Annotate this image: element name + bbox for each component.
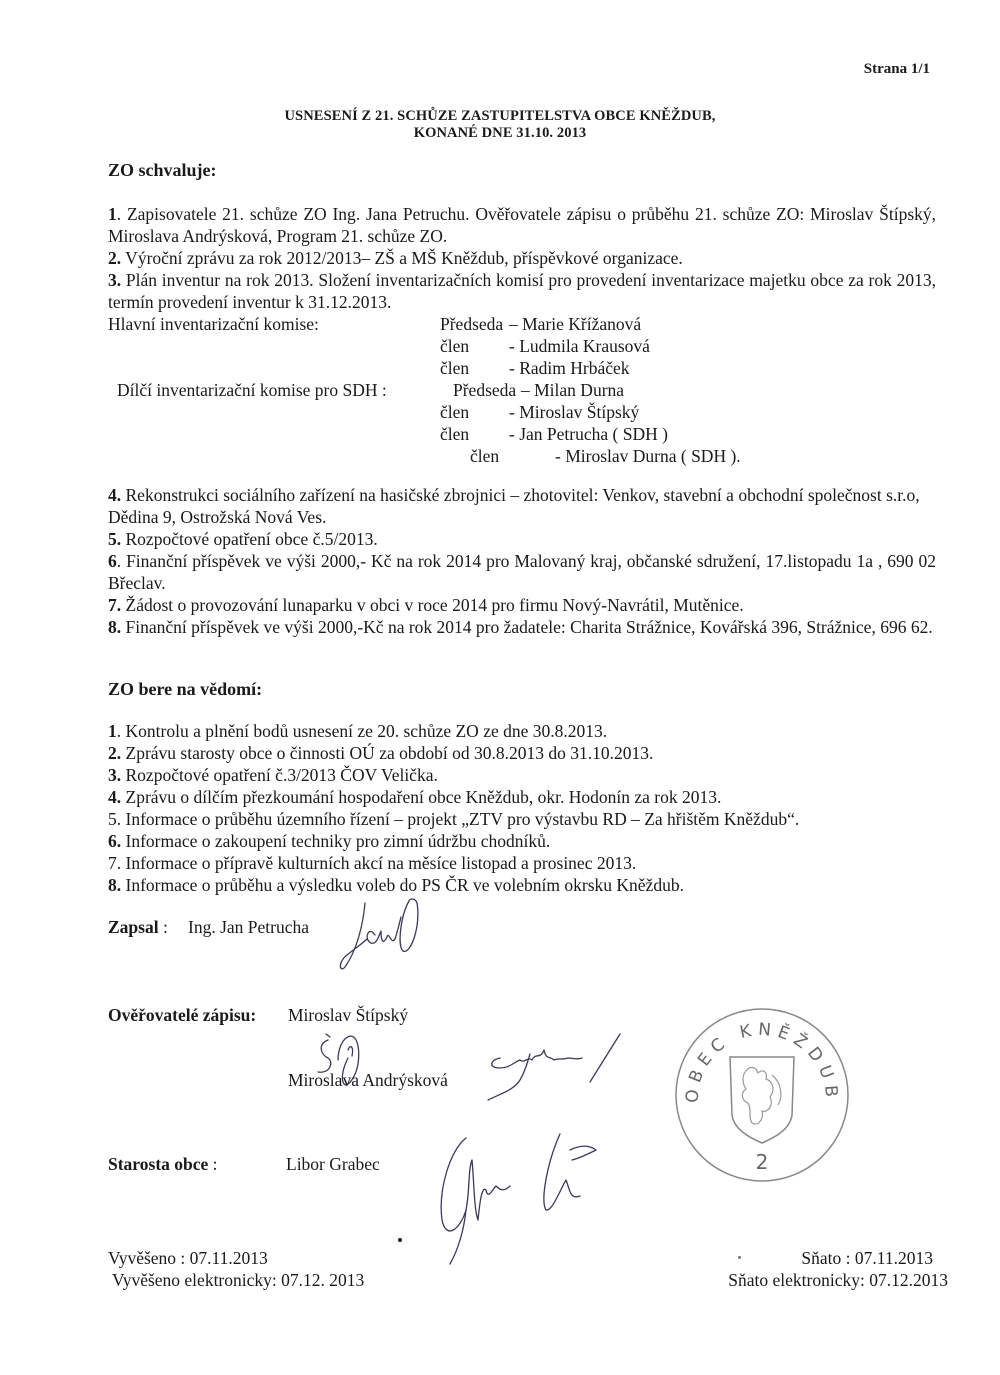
main-commission-label: Hlavní inventarizační komise: xyxy=(108,313,319,335)
commission-member: - Jan Petrucha ( SDH ) xyxy=(509,423,668,445)
notes-item-6: 6. Informace o zakoupení techniky pro zi… xyxy=(108,830,550,852)
commission-member: - Radim Hrbáček xyxy=(509,357,630,379)
mayor-name: Libor Grabec xyxy=(286,1154,380,1175)
item-number: 6. xyxy=(108,831,121,851)
item-text: Rekonstrukci sociálního zařízení na hasi… xyxy=(108,485,920,527)
item-number: 6 xyxy=(108,551,117,571)
item-number: 1 xyxy=(108,204,117,224)
document-title-line1: USNESENÍ Z 21. SCHŮZE ZASTUPITELSTVA OBC… xyxy=(0,108,1000,125)
page-number: Strana 1/1 xyxy=(864,61,930,78)
approves-item-5: 5. Rozpočtové opatření obce č.5/2013. xyxy=(108,528,936,550)
svg-text:OBEC KNĚŽDUB: OBEC KNĚŽDUB xyxy=(682,1020,841,1104)
item-number: 7. xyxy=(108,595,121,615)
approves-item-7: 7. Žádost o provozování lunaparku v obci… xyxy=(108,594,936,616)
removed-date: Sňato : 07.11.2013 xyxy=(801,1247,933,1269)
item-text: Finanční příspěvek ve výši 2000,-Kč na r… xyxy=(121,617,933,637)
item-text: Informace o přípravě kulturních akcí na … xyxy=(121,853,636,873)
item-number: 2. xyxy=(108,743,121,763)
notes-item-7: 7. Informace o přípravě kulturních akcí … xyxy=(108,852,636,874)
commission-role: Předseda xyxy=(453,379,516,401)
item-text: Výroční zprávu za rok 2012/2013– ZŠ a MŠ… xyxy=(121,248,683,268)
posted-date: Vyvěšeno : 07.11.2013 xyxy=(108,1247,268,1269)
item-text: Žádost o provozování lunaparku v obci v … xyxy=(121,595,744,615)
approves-item-8: 8. Finanční příspěvek ve výši 2000,-Kč n… xyxy=(108,616,936,638)
item-number: 2. xyxy=(108,248,121,268)
commission-member: - Miroslav Durna ( SDH ). xyxy=(555,445,741,467)
section-heading-approves: ZO schvaluje: xyxy=(108,160,217,181)
item-number: 3. xyxy=(108,270,121,290)
notes-item-1: 1. Kontrolu a plnění bodů usnesení ze 20… xyxy=(108,720,607,742)
section-heading-notes: ZO bere na vědomí: xyxy=(108,679,262,700)
notes-item-4: 4. Zprávu o dílčím přezkoumání hospodaře… xyxy=(108,786,721,808)
commission-member: – Marie Křížanová xyxy=(509,313,641,335)
mayor-signature-icon xyxy=(420,1130,610,1270)
document-title-line2: KONANÉ DNE 31.10. 2013 xyxy=(0,125,1000,142)
approves-item-3: 3. Plán inventur na rok 2013. Složení in… xyxy=(108,269,936,313)
notes-item-3: 3. Rozpočtové opatření č.3/2013 ČOV Veli… xyxy=(108,764,438,786)
item-text: . Finanční příspěvek ve výši 2000,- Kč n… xyxy=(108,551,936,593)
verifiers-label: Ověřovatelé zápisu: xyxy=(108,1005,256,1026)
commission-member: – Milan Durna xyxy=(521,379,624,401)
posted-electronic-date: Vyvěšeno elektronicky: 07.12. 2013 xyxy=(112,1269,364,1291)
commission-role: člen xyxy=(440,357,469,379)
approves-item-6: 6. Finanční příspěvek ve výši 2000,- Kč … xyxy=(108,550,936,594)
commission-role: Předseda xyxy=(440,313,503,335)
partial-commission-label: Dílčí inventarizační komise pro SDH : xyxy=(117,379,387,401)
item-text: Informace o průběhu územního řízení – pr… xyxy=(121,809,799,829)
item-number: 3. xyxy=(108,765,121,785)
item-number: 8. xyxy=(108,617,121,637)
approves-item-2: 2. Výroční zprávu za rok 2012/2013– ZŠ a… xyxy=(108,247,936,269)
item-text: Zprávu o dílčím přezkoumání hospodaření … xyxy=(121,787,721,807)
item-text: . Kontrolu a plnění bodů usnesení ze 20.… xyxy=(117,721,607,741)
mayor-label: Starosta obce : xyxy=(108,1154,218,1175)
notes-item-8: 8. Informace o průběhu a výsledku voleb … xyxy=(108,874,684,896)
item-number: 8. xyxy=(108,875,121,895)
ink-dot xyxy=(738,1256,741,1259)
recorder-name: Ing. Jan Petrucha xyxy=(188,917,309,938)
commission-role: člen xyxy=(440,423,469,445)
item-text: Rozpočtové opatření obce č.5/2013. xyxy=(121,529,378,549)
commission-role: člen xyxy=(440,335,469,357)
item-text: Plán inventur na rok 2013. Složení inven… xyxy=(108,270,936,312)
notes-item-2: 2. Zprávu starosty obce o činnosti OÚ za… xyxy=(108,742,653,764)
verifier-2-name: Miroslava Andrýsková xyxy=(288,1070,448,1091)
item-text: Informace o zakoupení techniky pro zimní… xyxy=(121,831,550,851)
ink-dot xyxy=(398,1238,402,1242)
approves-item-4: 4. Rekonstrukci sociálního zařízení na h… xyxy=(108,484,936,528)
commission-role: člen xyxy=(470,445,499,467)
verifier-2-signature-icon xyxy=(470,1030,630,1110)
municipal-stamp-icon: OBEC KNĚŽDUB 2 xyxy=(672,1005,852,1185)
approves-item-1: 1. Zapisovatele 21. schůze ZO Ing. Jana … xyxy=(108,203,936,247)
recorder-signature-icon xyxy=(335,895,445,975)
item-number: 4. xyxy=(108,787,121,807)
stamp-text: OBEC KNĚŽDUB xyxy=(682,1020,841,1104)
verifier-1-name: Miroslav Štípský xyxy=(288,1005,408,1026)
item-number: 1 xyxy=(108,721,117,741)
item-number: 5. xyxy=(108,809,121,829)
commission-role: člen xyxy=(440,401,469,423)
recorder-label: Zapsal : xyxy=(108,917,168,938)
removed-electronic-date: Sňato elektronicky: 07.12.2013 xyxy=(728,1269,948,1291)
item-text: Rozpočtové opatření č.3/2013 ČOV Velička… xyxy=(121,765,438,785)
commission-member: - Ludmila Krausová xyxy=(509,335,650,357)
item-text: Zprávu starosty obce o činnosti OÚ za ob… xyxy=(121,743,653,763)
item-number: 5. xyxy=(108,529,121,549)
item-number: 4. xyxy=(108,485,121,505)
commission-member: - Miroslav Štípský xyxy=(509,401,639,423)
item-text: . Zapisovatele 21. schůze ZO Ing. Jana P… xyxy=(108,204,936,246)
item-number: 7. xyxy=(108,853,121,873)
stamp-number: 2 xyxy=(756,1150,769,1174)
item-text: Informace o průběhu a výsledku voleb do … xyxy=(121,875,684,895)
notes-item-5: 5. Informace o průběhu územního řízení –… xyxy=(108,808,799,830)
